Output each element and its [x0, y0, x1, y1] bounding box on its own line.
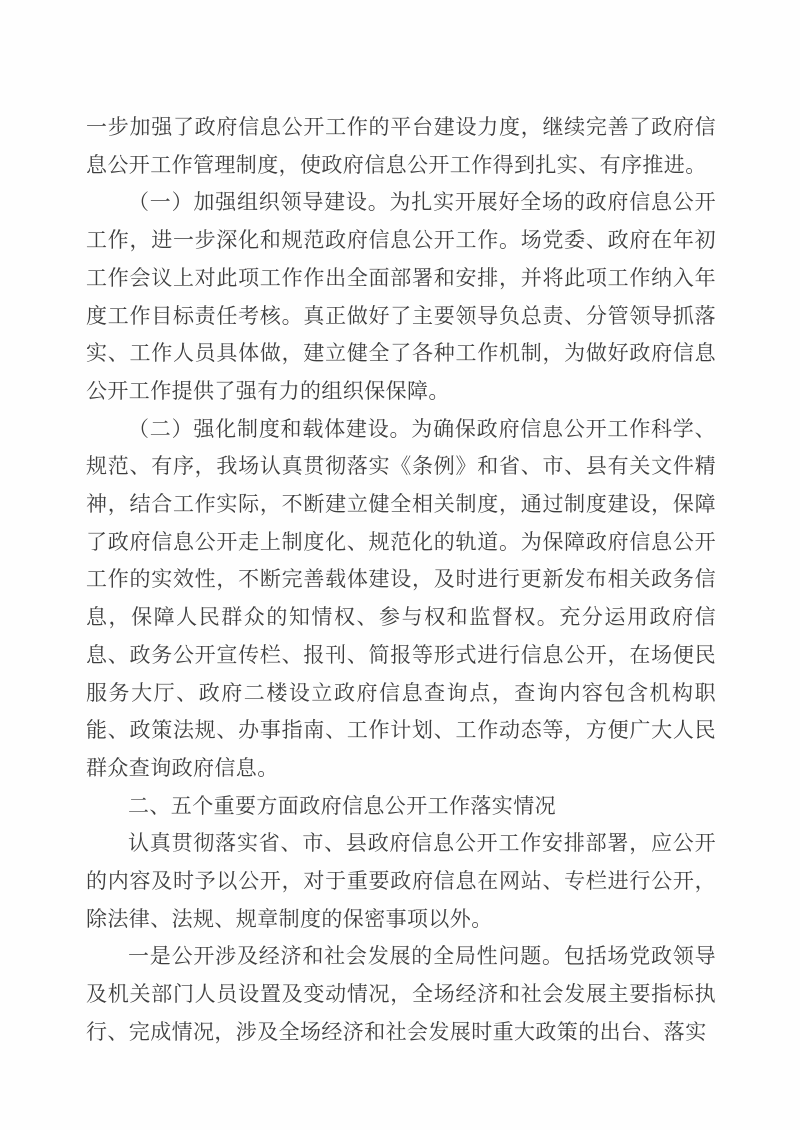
paragraph: 认真贯彻落实省、市、县政府信息公开工作安排部署，应公开的内容及时予以公开，对于重…	[86, 825, 716, 938]
paragraph: 一步加强了政府信息公开工作的平台建设力度，继续完善了政府信息公开工作管理制度，使…	[86, 109, 716, 184]
document-page: 一步加强了政府信息公开工作的平台建设力度，继续完善了政府信息公开工作管理制度，使…	[0, 0, 800, 1130]
paragraph: 一是公开涉及经济和社会发展的全局性问题。包括场党政领导及机关部门人员设置及变动情…	[86, 938, 716, 1051]
paragraph: （二）强化制度和载体建设。为确保政府信息公开工作科学、规范、有序，我场认真贯彻落…	[86, 411, 716, 788]
section-heading: 二、五个重要方面政府信息公开工作落实情况	[86, 788, 716, 826]
paragraph: （一）加强组织领导建设。为扎实开展好全场的政府信息公开工作，进一步深化和规范政府…	[86, 184, 716, 410]
document-body: 一步加强了政府信息公开工作的平台建设力度，继续完善了政府信息公开工作管理制度，使…	[86, 109, 716, 1052]
